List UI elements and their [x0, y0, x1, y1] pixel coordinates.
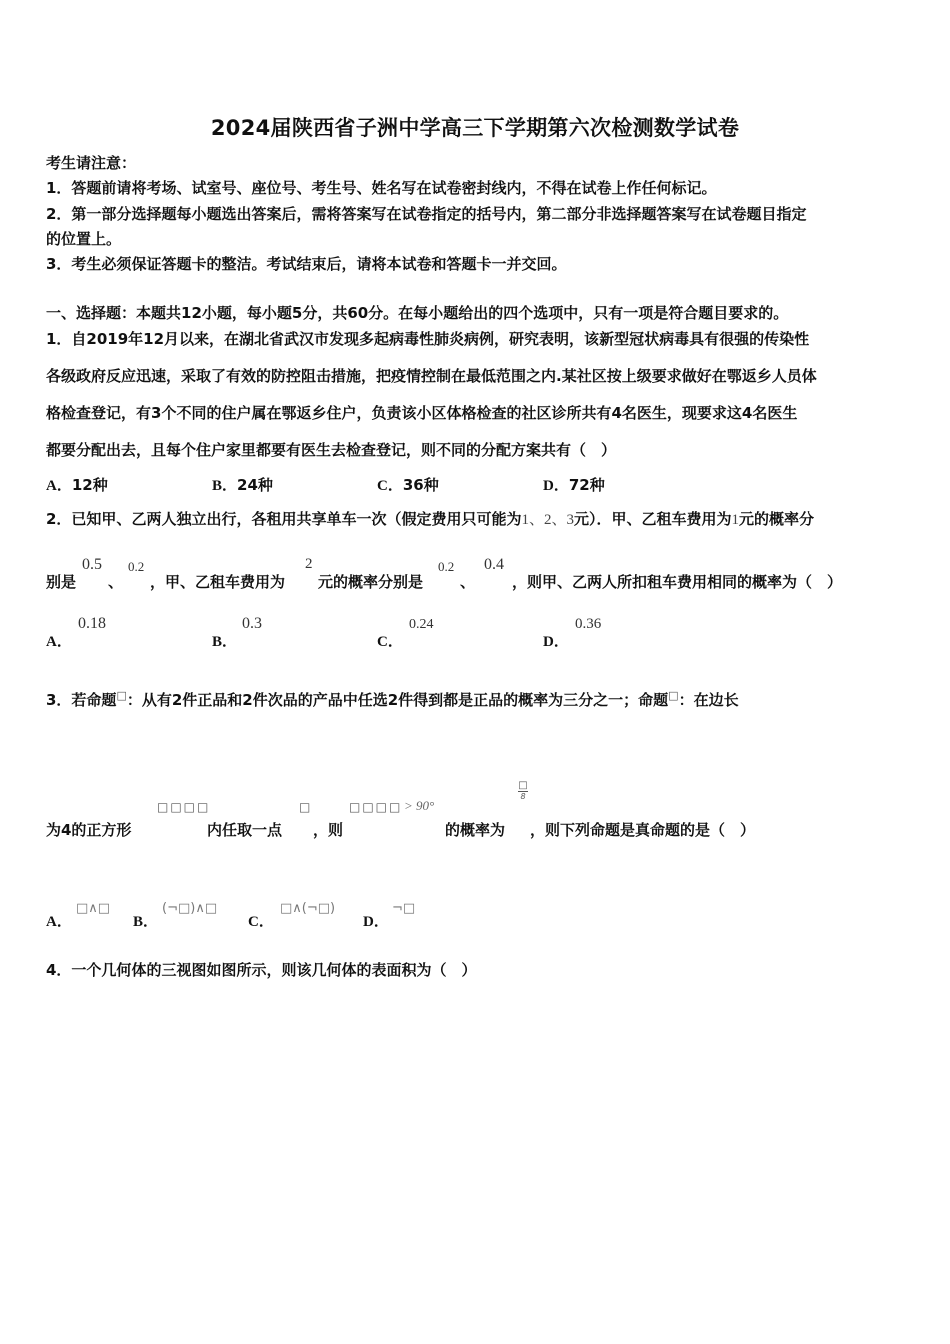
probability-fraction: □ 8	[518, 781, 528, 802]
question-1-line-3: 格检查登记，有3个不同的住户属在鄂返乡住户，负责该小区体格检查的社区诊所共有4名…	[46, 402, 797, 423]
question-1-line-4: 都要分配出去，且每个住户家里都要有医生去检查登记，则不同的分配方案共有（ ）	[46, 439, 616, 460]
option-c-expression: □∧(¬□)	[280, 901, 335, 916]
fraction-numerator: □	[518, 781, 528, 792]
notice-heading: 考生请注意：	[46, 152, 136, 173]
text-segment: 2．已知甲、乙两人独立出行，各租用共享单车一次（假定费用只可能为	[46, 510, 521, 528]
question-1-option-a[interactable]: A．12种	[46, 474, 108, 495]
option-label: B．	[212, 634, 237, 650]
question-1-option-b[interactable]: B．24种	[212, 474, 273, 495]
text-segment: 元）．甲、乙租车费用为	[574, 510, 732, 528]
section-heading: 一、选择题：本题共12小题，每小题5分，共60分。在每小题给出的四个选项中，只有…	[46, 302, 788, 323]
question-3-line-2-text-3: ，则	[313, 819, 343, 840]
math-value: 1	[731, 512, 739, 528]
question-4: 4．一个几何体的三视图如图所示，则该几何体的表面积为（ ）	[46, 959, 476, 980]
question-2-option-b[interactable]: B．	[212, 630, 237, 651]
math-value: 0.4	[484, 556, 504, 574]
question-3-line-1: 3．若命题□：从有2件正品和2件次品的产品中任选2件得到都是正品的概率为三分之一…	[46, 689, 739, 710]
separator: 、	[108, 571, 123, 592]
math-value: 0.2	[128, 559, 144, 575]
question-3-option-c[interactable]: C．	[248, 910, 274, 931]
question-2-line-1: 2．已知甲、乙两人独立出行，各租用共享单车一次（假定费用只可能为1、2、3元）．…	[46, 508, 814, 529]
square-abcd-placeholder: □□□□	[157, 800, 210, 814]
option-c-value: 0.24	[409, 617, 434, 633]
question-1-line-2: 各级政府反应迅速，采取了有效的防控阻击措施，把疫情控制在最低范围之内.某社区按上…	[46, 365, 817, 386]
question-1-line-1: 1．自2019年12月以来，在湖北省武汉市发现多起病毒性肺炎病例，研究表明，该新…	[46, 328, 809, 349]
question-3-option-b[interactable]: B．	[133, 910, 158, 931]
math-values: 1、2、3	[521, 512, 574, 528]
question-2-line-2-text-1: 别是	[46, 571, 76, 592]
question-1-option-c[interactable]: C．36种	[377, 474, 439, 495]
question-2-option-c[interactable]: C．	[377, 630, 403, 651]
option-d-value: 0.36	[575, 616, 601, 633]
option-label: C．	[377, 478, 403, 494]
option-a-value: 0.18	[78, 615, 106, 633]
option-label: D．	[363, 914, 389, 930]
text-segment: ：从有2件正品和2件次品的产品中任选2件得到都是正品的概率为三分之一；命题	[127, 691, 668, 709]
proposition-p-placeholder: □	[116, 689, 126, 702]
option-a-expression: □∧□	[76, 901, 110, 916]
question-2-line-2-text-3: 元的概率分别是	[318, 571, 423, 592]
question-3-line-2-text-2: 内任取一点	[207, 819, 282, 840]
option-label: C．	[248, 914, 274, 930]
math-value: 2	[305, 556, 313, 573]
question-2-option-a[interactable]: A．	[46, 630, 72, 651]
question-3-line-2-text-5: ，则下列命题是真命题的是（ ）	[530, 819, 755, 840]
question-2-line-2-text-4: ，则甲、乙两人所扣租车费用相同的概率为（ ）	[512, 571, 842, 592]
option-d-expression: ¬□	[392, 901, 415, 916]
question-2-line-2-text-2: ，甲、乙租车费用为	[150, 571, 285, 592]
option-label: A．	[46, 914, 72, 930]
proposition-q-placeholder: □	[668, 689, 678, 702]
option-label: A．	[46, 634, 72, 650]
option-value: 12种	[72, 476, 108, 494]
question-1-option-d[interactable]: D．72种	[543, 474, 605, 495]
option-value: 36种	[403, 476, 439, 494]
option-label: D．	[543, 478, 569, 494]
angle-placeholder: □□□□	[349, 800, 402, 814]
separator: 、	[460, 571, 475, 592]
text-segment: ：在边长	[679, 691, 739, 709]
notice-item-2-cont: 的位置上。	[46, 228, 121, 249]
option-b-value: 0.3	[242, 615, 262, 633]
point-placeholder: □	[299, 800, 310, 814]
option-value: 24种	[237, 476, 273, 494]
angle-condition: > 90°	[404, 798, 434, 814]
notice-item-2: 2．第一部分选择题每小题选出答案后，需将答案写在试卷指定的括号内，第二部分非选择…	[46, 203, 806, 224]
question-3-line-2-text-1: 为4的正方形	[46, 819, 131, 840]
option-b-expression: (¬□)∧□	[162, 901, 217, 916]
question-3-line-2-text-4: 的概率为	[445, 819, 505, 840]
option-label: C．	[377, 634, 403, 650]
text-segment: 3．若命题	[46, 691, 116, 709]
page-title: 2024届陕西省子洲中学高三下学期第六次检测数学试卷	[0, 112, 950, 142]
notice-item-1: 1．答题前请将考场、试室号、座位号、考生号、姓名写在试卷密封线内，不得在试卷上作…	[46, 177, 716, 198]
question-2-option-d[interactable]: D．	[543, 630, 569, 651]
text-segment: 元的概率分	[739, 510, 814, 528]
math-value: 0.5	[82, 556, 102, 574]
option-label: B．	[212, 478, 237, 494]
math-value: 0.2	[438, 559, 454, 575]
question-3-option-a[interactable]: A．	[46, 910, 72, 931]
option-label: B．	[133, 914, 158, 930]
option-value: 72种	[569, 476, 605, 494]
option-label: A．	[46, 478, 72, 494]
option-label: D．	[543, 634, 569, 650]
notice-item-3: 3．考生必须保证答题卡的整洁。考试结束后，请将本试卷和答题卡一并交回。	[46, 253, 566, 274]
question-3-option-d[interactable]: D．	[363, 910, 389, 931]
fraction-denominator: 8	[518, 792, 528, 802]
